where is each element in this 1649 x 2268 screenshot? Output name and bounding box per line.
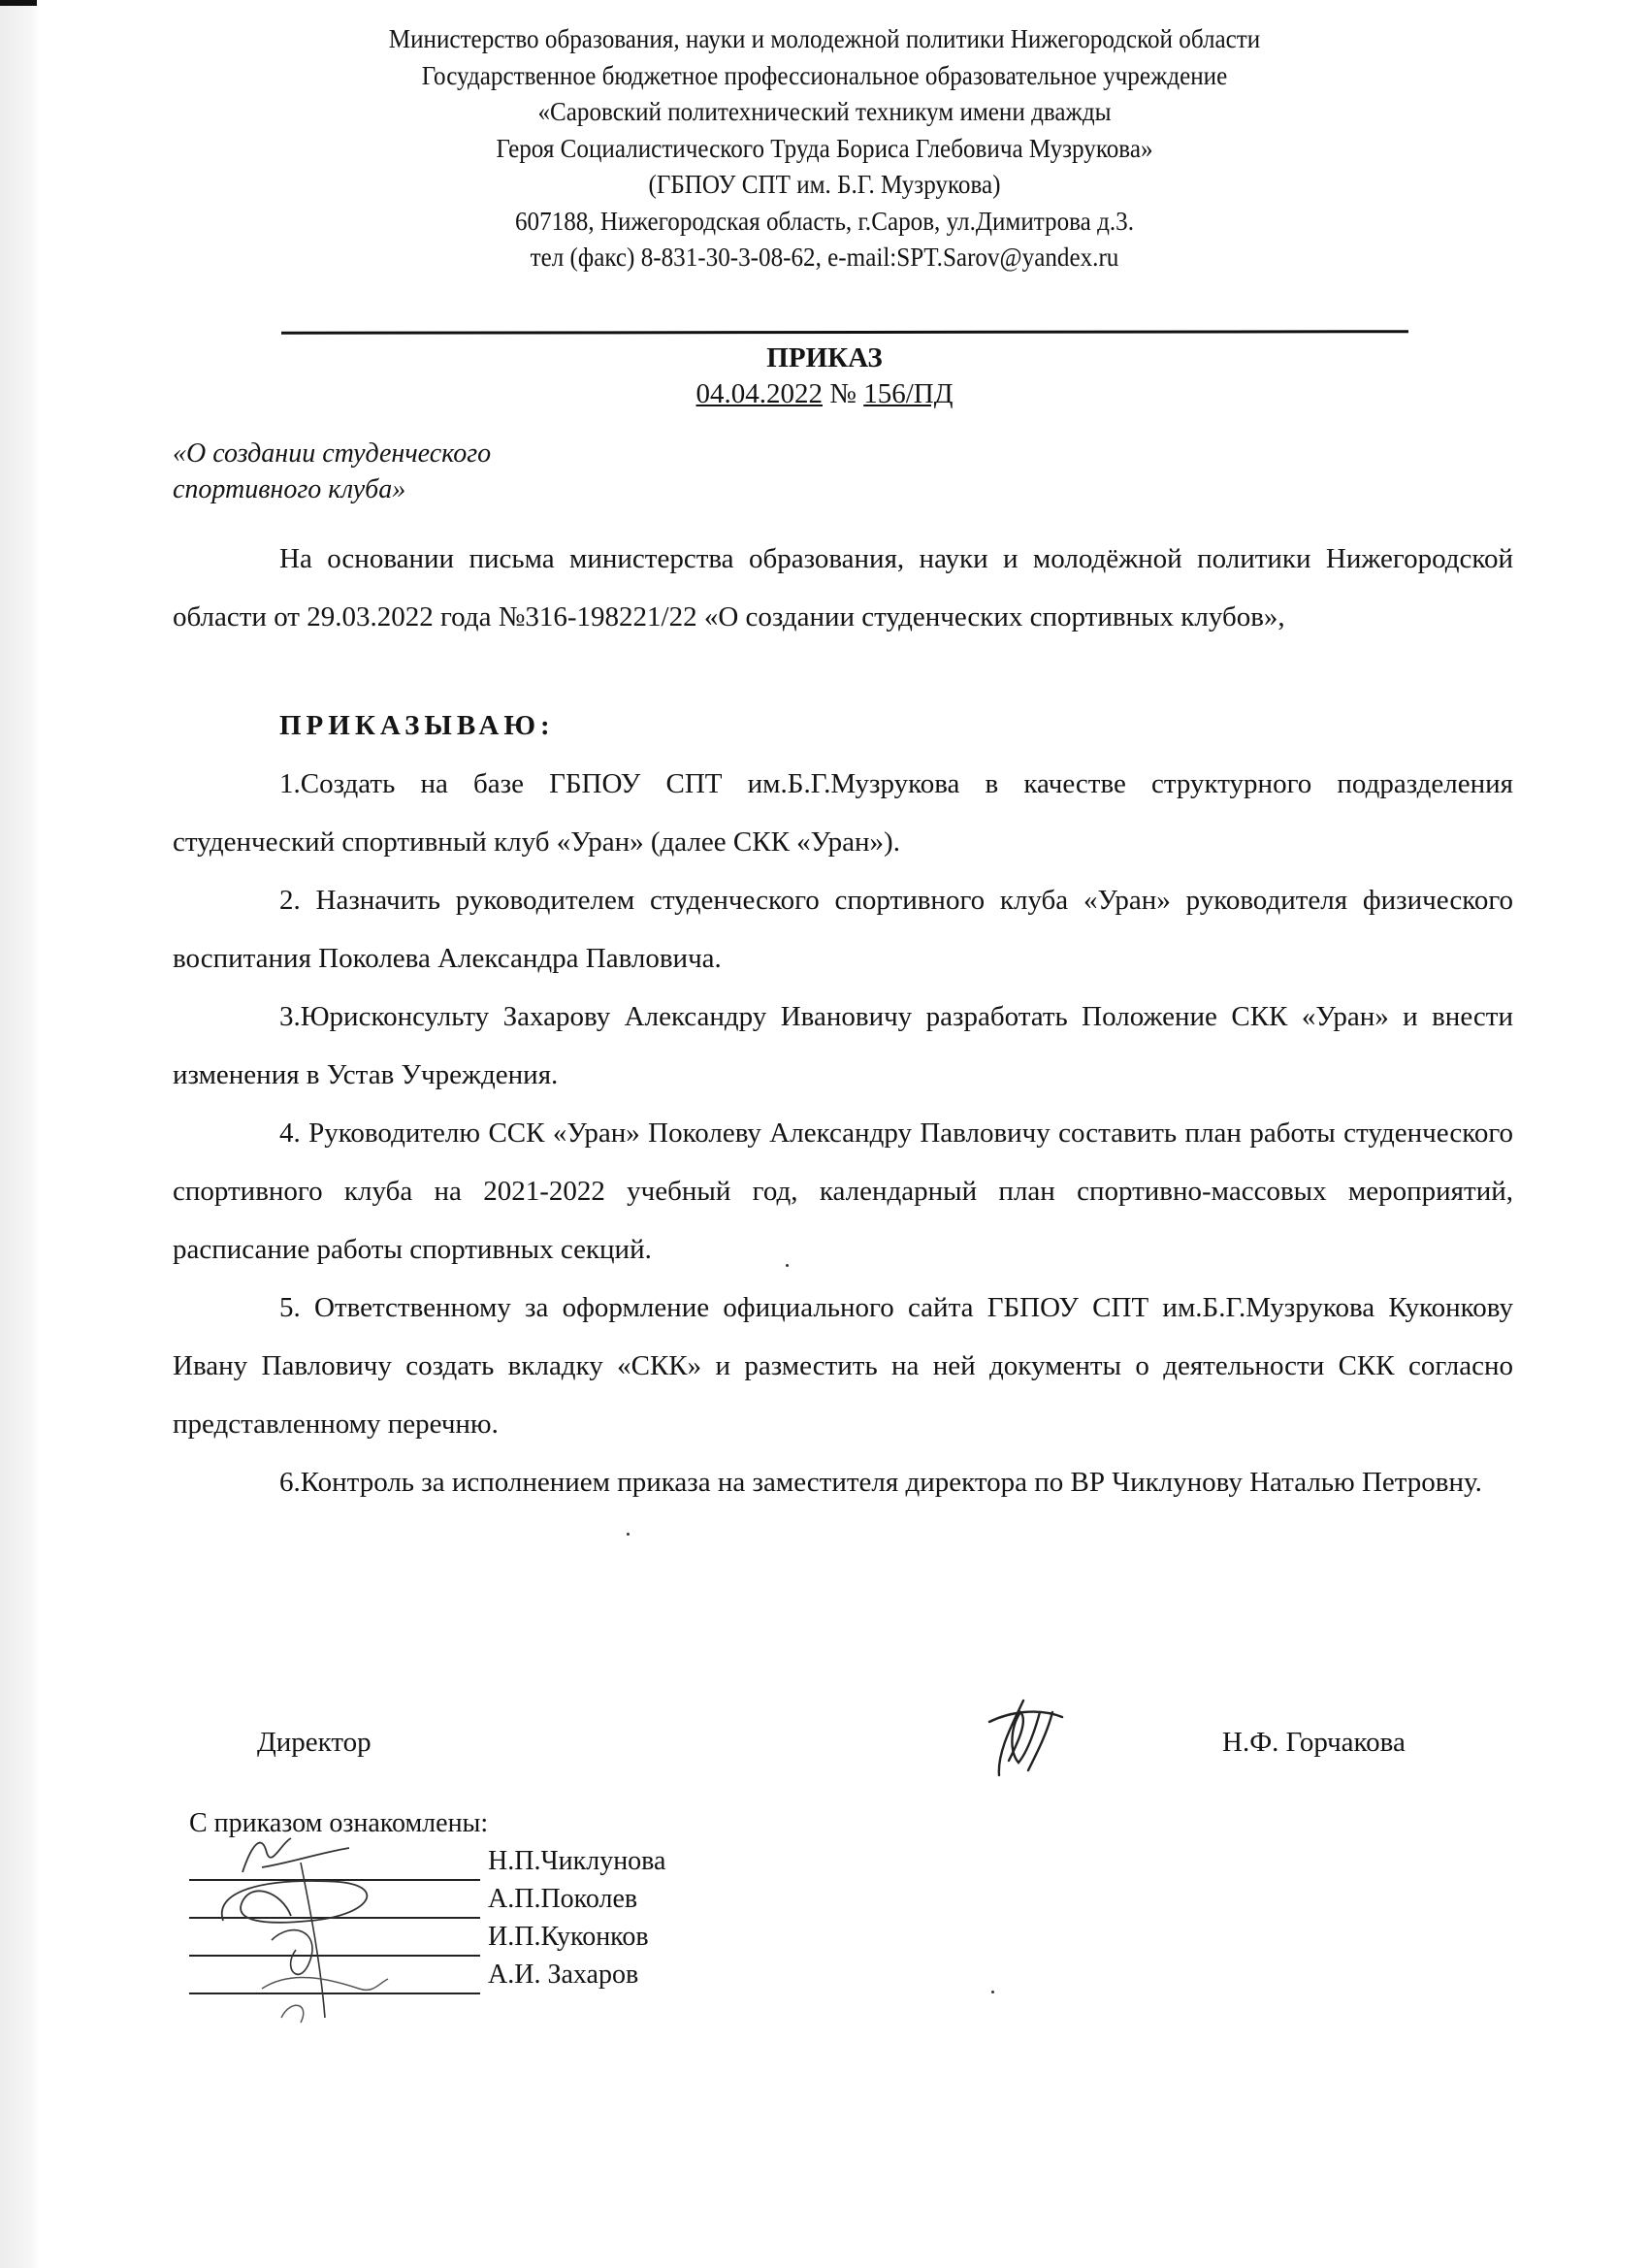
order-number: 156/ПД bbox=[863, 378, 953, 409]
director-signature-icon bbox=[970, 1693, 1077, 1780]
order-number-sign: № bbox=[829, 378, 857, 409]
order-subject-line-2: спортивного клуба» bbox=[173, 471, 491, 507]
order-item-6: 6.Контроль за исполнением приказа на зам… bbox=[173, 1453, 1513, 1511]
order-title: ПРИКАЗ bbox=[0, 340, 1649, 376]
order-item-1: 1.Создать на базе ГБПОУ СПТ им.Б.Г.Музру… bbox=[173, 755, 1513, 871]
letterhead-address: 607188, Нижегородская область, г.Саров, … bbox=[283, 204, 1366, 241]
acknowledgement-name: Н.П.Чиклунова bbox=[488, 1842, 665, 1881]
acknowledgement-name: А.П.Поколев bbox=[488, 1880, 637, 1919]
letterhead: Министерство образования, науки и молоде… bbox=[283, 21, 1366, 276]
letterhead-contacts: тел (факс) 8-831-30-3-08-62, e-mail:SPT.… bbox=[283, 240, 1366, 276]
director-position: Директор bbox=[257, 1727, 372, 1759]
letterhead-institution-name-2: Героя Социалистического Труда Бориса Гле… bbox=[283, 131, 1366, 168]
intro-paragraph-block: На основании письма министерства образов… bbox=[173, 530, 1513, 646]
letterhead-divider bbox=[281, 330, 1408, 335]
letterhead-abbreviation: (ГБПОУ СПТ им. Б.Г. Музрукова) bbox=[283, 167, 1366, 204]
order-item-4: 4. Руководителю ССК «Уран» Поколеву Алек… bbox=[173, 1104, 1513, 1279]
order-item-3: 3.Юрисконсульту Захарову Александру Иван… bbox=[173, 988, 1513, 1104]
director-name: Н.Ф. Горчакова bbox=[1222, 1727, 1406, 1759]
decree-heading: ПРИКАЗЫВАЮ: bbox=[279, 710, 555, 742]
acknowledgement-name: А.И. Захаров bbox=[488, 1956, 638, 1994]
scan-speck bbox=[627, 1533, 630, 1536]
document-page: Министерство образования, науки и молоде… bbox=[0, 0, 1649, 2268]
order-item-5: 5. Ответственному за оформление официаль… bbox=[173, 1279, 1513, 1453]
order-item-2: 2. Назначить руководителем студенческого… bbox=[173, 871, 1513, 988]
acknowledgement-name: И.П.Куконков bbox=[488, 1918, 649, 1957]
scan-speck bbox=[991, 1991, 994, 1993]
acknowledgement-signatures-icon bbox=[204, 1824, 427, 2027]
order-subject-line-1: «О создании студенческого bbox=[173, 436, 491, 471]
letterhead-institution-name-1: «Саровский политехнический техникум имен… bbox=[283, 94, 1366, 131]
order-subject: «О создании студенческого спортивного кл… bbox=[173, 436, 491, 507]
letterhead-institution-type: Государственное бюджетное профессиональн… bbox=[283, 58, 1366, 95]
order-items: 1.Создать на базе ГБПОУ СПТ им.Б.Г.Музру… bbox=[173, 755, 1513, 1511]
order-header: ПРИКАЗ 04.04.2022 № 156/ПД bbox=[0, 340, 1649, 411]
order-date: 04.04.2022 bbox=[696, 378, 824, 409]
order-date-number: 04.04.2022 № 156/ПД bbox=[0, 376, 1649, 411]
intro-paragraph: На основании письма министерства образов… bbox=[173, 530, 1513, 646]
scan-speck bbox=[786, 1264, 789, 1267]
letterhead-ministry: Министерство образования, науки и молоде… bbox=[283, 21, 1366, 58]
